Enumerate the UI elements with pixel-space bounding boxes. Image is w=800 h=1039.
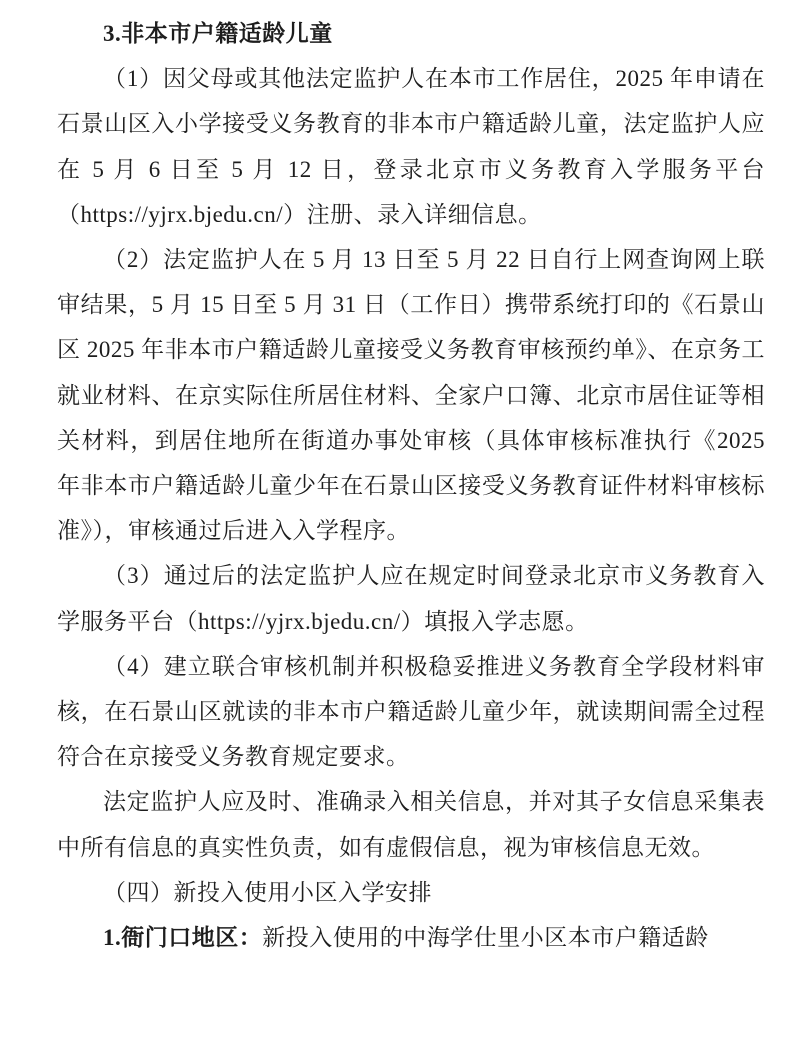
paragraph-joint-review: （4）建立联合审核机制并积极稳妥推进义务教育全学段材料审核，在石景山区就读的非本…: [57, 644, 765, 780]
document-page: 3.非本市户籍适龄儿童 （1）因父母或其他法定监护人在本市工作居住，2025 年…: [0, 0, 800, 1039]
paragraph-yamenkou: 1.衙门口地区：新投入使用的中海学仕里小区本市户籍适龄: [57, 915, 765, 960]
paragraph-review-materials: （2）法定监护人在 5 月 13 日至 5 月 22 日自行上网查询网上联审结果…: [57, 237, 765, 553]
paragraph-guardian-responsibility: 法定监护人应及时、准确录入相关信息，并对其子女信息采集表中所有信息的真实性负责，…: [57, 779, 765, 869]
paragraph-yamenkou-text: 新投入使用的中海学仕里小区本市户籍适龄: [262, 925, 709, 950]
paragraph-yamenkou-lead: 1.衙门口地区：: [103, 925, 262, 950]
paragraph-volunteer-filing: （3）通过后的法定监护人应在规定时间登录北京市义务教育入学服务平台（https:…: [57, 553, 765, 643]
document-body: 3.非本市户籍适龄儿童 （1）因父母或其他法定监护人在本市工作居住，2025 年…: [57, 11, 765, 960]
subsection-heading: （四）新投入使用小区入学安排: [57, 870, 765, 915]
section-heading: 3.非本市户籍适龄儿童: [57, 11, 765, 56]
paragraph-registration: （1）因父母或其他法定监护人在本市工作居住，2025 年申请在石景山区入小学接受…: [57, 56, 765, 237]
